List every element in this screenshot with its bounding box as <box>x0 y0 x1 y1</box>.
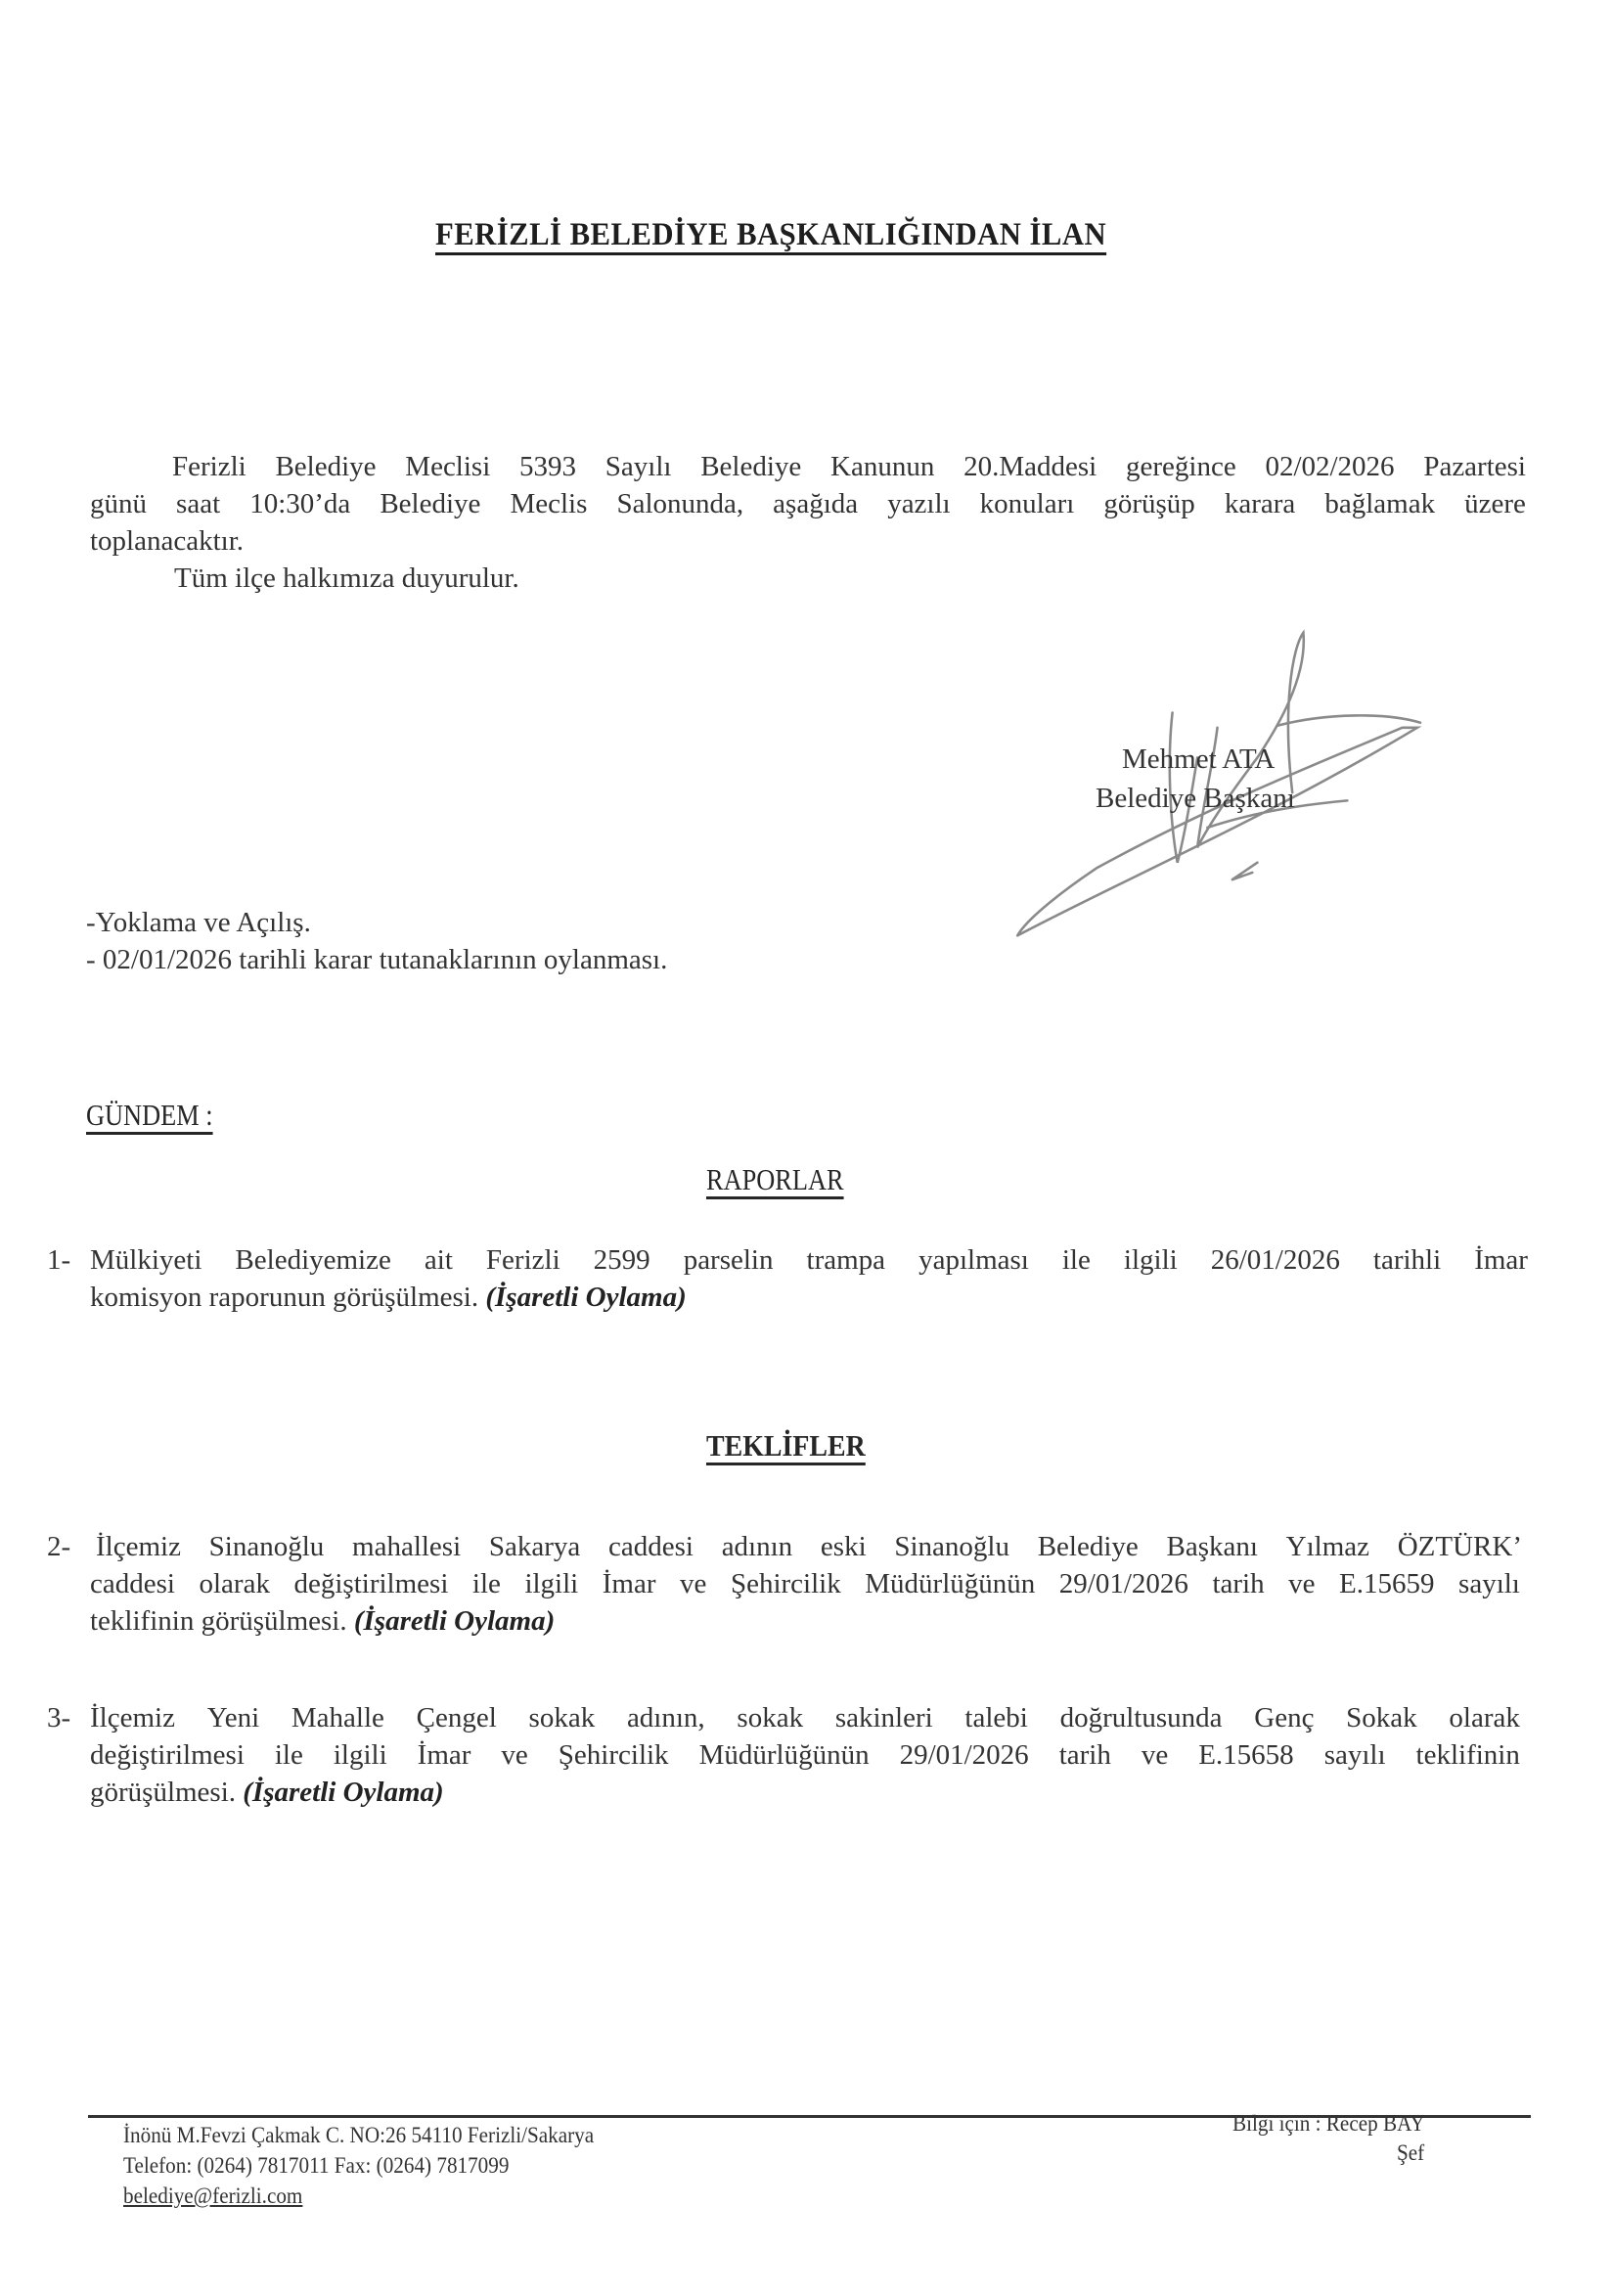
word: Sakarya <box>489 1531 580 1563</box>
word: ile <box>1062 1244 1091 1277</box>
intro-line-1: FerizliBelediyeMeclisi5393SayılıBelediye… <box>172 448 1526 485</box>
word: aşağıda <box>773 485 858 522</box>
word: sayılı <box>1458 1568 1520 1600</box>
word: saat <box>176 485 220 522</box>
word: üzere <box>1464 485 1526 522</box>
word: Ferizli <box>486 1244 560 1277</box>
word: Mülkiyeti <box>90 1244 201 1277</box>
word: 29/01/2026 <box>900 1739 1029 1772</box>
item-2-line-3: teklifinin görüşülmesi. (İşaretli Oylama… <box>90 1605 555 1638</box>
word: trampa <box>807 1244 886 1277</box>
word: tarih <box>1212 1568 1264 1600</box>
section-heading-teklifler: TEKLİFLER <box>706 1428 866 1463</box>
word: 5393 <box>519 448 576 485</box>
word: Belediyemize <box>235 1244 390 1277</box>
item-3-line-2: değiştirilmesiileilgiliİmarveŞehircilikM… <box>90 1739 1520 1772</box>
word: 29/01/2026 <box>1059 1568 1188 1600</box>
word: Kanunun <box>830 448 934 485</box>
word: ÖZTÜRK’ <box>1398 1531 1522 1563</box>
word: caddesi <box>90 1568 175 1600</box>
word: Müdürlüğünün <box>865 1568 1035 1600</box>
section-heading-raporlar: RAPORLAR <box>706 1162 844 1197</box>
item-1-line-2: komisyon raporunun görüşülmesi. (İşaretl… <box>90 1282 687 1314</box>
word: teklifinin <box>1416 1739 1520 1772</box>
word: Sayılı <box>605 448 672 485</box>
vote-type: (İşaretli Oylama) <box>354 1605 555 1637</box>
intro-line-4: Tüm ilçe halkımıza duyurulur. <box>174 560 519 597</box>
word: İmar <box>1474 1244 1528 1277</box>
word: tarih <box>1059 1739 1111 1772</box>
word: ve <box>501 1739 527 1772</box>
word: Belediye <box>700 448 801 485</box>
word: değiştirilmesi <box>90 1739 245 1772</box>
word: 2599 <box>594 1244 650 1277</box>
footer-email-link[interactable]: belediye@ferizli.com <box>123 2183 302 2209</box>
word: Çengel <box>417 1702 497 1734</box>
word: olarak <box>1449 1702 1519 1734</box>
word: Meclis <box>510 485 587 522</box>
document-page: FERİZLİ BELEDİYE BAŞKANLIĞINDAN İLAN Fer… <box>0 0 1612 2296</box>
word: ile <box>472 1568 501 1600</box>
word: Sokak <box>1346 1702 1417 1734</box>
word: Pazartesi <box>1423 448 1526 485</box>
word: Belediye <box>275 448 376 485</box>
word: Belediye <box>1038 1531 1139 1563</box>
word: parselin <box>684 1244 774 1277</box>
word: Mahalle <box>291 1702 384 1734</box>
word: sakinleri <box>835 1702 933 1734</box>
item-1-line-1: MülkiyetiBelediyemizeaitFerizli2599parse… <box>90 1244 1528 1277</box>
word: görüşüp <box>1103 485 1194 522</box>
item-3-line-1: İlçemizYeniMahalleÇengelsokakadının,soka… <box>90 1702 1520 1734</box>
word: İlçemiz <box>96 1531 181 1563</box>
word: Genç <box>1254 1702 1314 1734</box>
word: Başkanı <box>1166 1531 1257 1563</box>
footer-address: İnönü M.Fevzi Çakmak C. NO:26 54110 Feri… <box>123 2123 594 2148</box>
word: bağlamak <box>1324 485 1435 522</box>
word: doğrultusunda <box>1060 1702 1223 1734</box>
item-3-line-3: görüşülmesi. (İşaretli Oylama) <box>90 1777 444 1809</box>
item-2-line-2: caddesiolarakdeğiştirilmesiileilgiliİmar… <box>90 1568 1520 1600</box>
word: Meclisi <box>405 448 490 485</box>
intro-line-3: toplanacaktır. <box>90 522 244 560</box>
footer-contact: Bilgi için : Recep BAY <box>1232 2111 1425 2137</box>
word: İmar <box>418 1739 471 1772</box>
word: sokak <box>737 1702 803 1734</box>
word: İmar <box>603 1568 656 1600</box>
word: ile <box>275 1739 303 1772</box>
item-text: komisyon raporunun görüşülmesi. <box>90 1282 478 1313</box>
word: adının, <box>627 1702 705 1734</box>
footer-phone-fax: Telefon: (0264) 7817011 Fax: (0264) 7817… <box>123 2153 509 2179</box>
word: Belediye <box>380 485 480 522</box>
word: caddesi <box>608 1531 694 1563</box>
opening-item-2: - 02/01/2026 tarihli karar tutanaklarını… <box>86 944 667 976</box>
word: değiştirilmesi <box>294 1568 449 1600</box>
document-title: FERİZLİ BELEDİYE BAŞKANLIĞINDAN İLAN <box>435 217 1106 253</box>
word: Ferizli <box>172 448 246 485</box>
item-number: 1- <box>47 1244 70 1277</box>
word: Sinanoğlu <box>209 1531 325 1563</box>
item-text: görüşülmesi. <box>90 1777 236 1808</box>
word: 02/02/2026 <box>1265 448 1394 485</box>
intro-line-2: günüsaat10:30’daBelediyeMeclisSalonunda,… <box>90 485 1526 522</box>
word: eski <box>821 1531 867 1563</box>
item-number: 2- <box>47 1531 70 1563</box>
word: sokak <box>529 1702 596 1734</box>
word: talebi <box>964 1702 1027 1734</box>
agenda-heading: GÜNDEM : <box>86 1098 213 1133</box>
word: gereğince <box>1126 448 1236 485</box>
word: Şehircilik <box>559 1739 669 1772</box>
word: yazılı <box>887 485 950 522</box>
word: ilgili <box>1124 1244 1178 1277</box>
word: E.15659 <box>1339 1568 1434 1600</box>
word: adının <box>722 1531 793 1563</box>
word: 20.Maddesi <box>963 448 1097 485</box>
word: ilgili <box>524 1568 578 1600</box>
word: ve <box>1142 1739 1168 1772</box>
word: E.15658 <box>1198 1739 1293 1772</box>
word: mahallesi <box>352 1531 461 1563</box>
vote-type: (İşaretli Oylama) <box>485 1282 686 1313</box>
word: karara <box>1225 485 1295 522</box>
word: 26/01/2026 <box>1211 1244 1340 1277</box>
word: Yeni <box>207 1702 259 1734</box>
word: ve <box>1288 1568 1315 1600</box>
word: sayılı <box>1324 1739 1386 1772</box>
word: yapılması <box>918 1244 1029 1277</box>
word: tarihli <box>1373 1244 1441 1277</box>
word: İlçemiz <box>90 1702 175 1734</box>
word: günü <box>90 485 147 522</box>
item-2-line-1: İlçemizSinanoğlumahallesiSakaryacaddesia… <box>96 1531 1522 1563</box>
word: ait <box>425 1244 453 1277</box>
word: Yılmaz <box>1286 1531 1369 1563</box>
signatory-name: Mehmet ATA <box>1122 743 1275 776</box>
word: Müdürlüğünün <box>699 1739 870 1772</box>
item-number: 3- <box>47 1702 70 1734</box>
vote-type: (İşaretli Oylama) <box>243 1777 443 1808</box>
word: Sinanoğlu <box>894 1531 1009 1563</box>
opening-item-1: -Yoklama ve Açılış. <box>86 907 311 939</box>
word: Şehircilik <box>731 1568 841 1600</box>
word: ilgili <box>334 1739 387 1772</box>
signatory-title: Belediye Başkanı <box>1096 783 1295 815</box>
word: konuları <box>980 485 1075 522</box>
footer-contact-title: Şef <box>1397 2140 1424 2166</box>
word: ve <box>680 1568 706 1600</box>
word: olarak <box>200 1568 270 1600</box>
item-text: teklifinin görüşülmesi. <box>90 1605 347 1637</box>
word: Salonunda, <box>616 485 743 522</box>
word: 10:30’da <box>249 485 350 522</box>
